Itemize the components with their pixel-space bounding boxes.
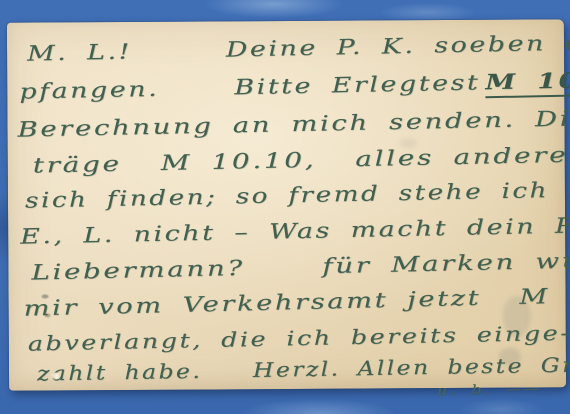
ink-smudge xyxy=(400,138,418,148)
handwriting-line-4: träge M 10.10, alles andere wird xyxy=(32,138,570,181)
paper-spot xyxy=(45,313,51,317)
handwriting-line-5: sich finden; so fremd stehe ich mit xyxy=(25,174,570,216)
scanned-postcard-photo: M. L.! Deine P. K. soeben em- pfangen. B… xyxy=(0,0,570,414)
paper-spot xyxy=(52,372,59,379)
underlined-amount: M 10.14 xyxy=(485,66,570,98)
handwriting-line-2: pfangen. Bitte ErlegtestM 10.14 xyxy=(19,64,570,107)
handwriting-line-1: M. L.! Deine P. K. soeben em- xyxy=(27,27,570,69)
handwriting-line-7: Liebermann? für Marken wurde xyxy=(31,244,570,287)
postcard: M. L.! Deine P. K. soeben em- pfangen. B… xyxy=(7,19,566,390)
paper-spot xyxy=(42,294,49,298)
handwriting-line-6: E., L. nicht – Was macht dein Prof. xyxy=(20,209,570,251)
handwriting-postscript: u. b. —— xyxy=(437,375,542,407)
handwriting-line-2-text: pfangen. Bitte Erlegtest xyxy=(19,70,480,103)
ink-smudge xyxy=(499,348,521,366)
ink-smudge xyxy=(503,296,531,338)
handwriting-line-3: Berechnung an mich senden. Die Be- xyxy=(17,102,570,145)
